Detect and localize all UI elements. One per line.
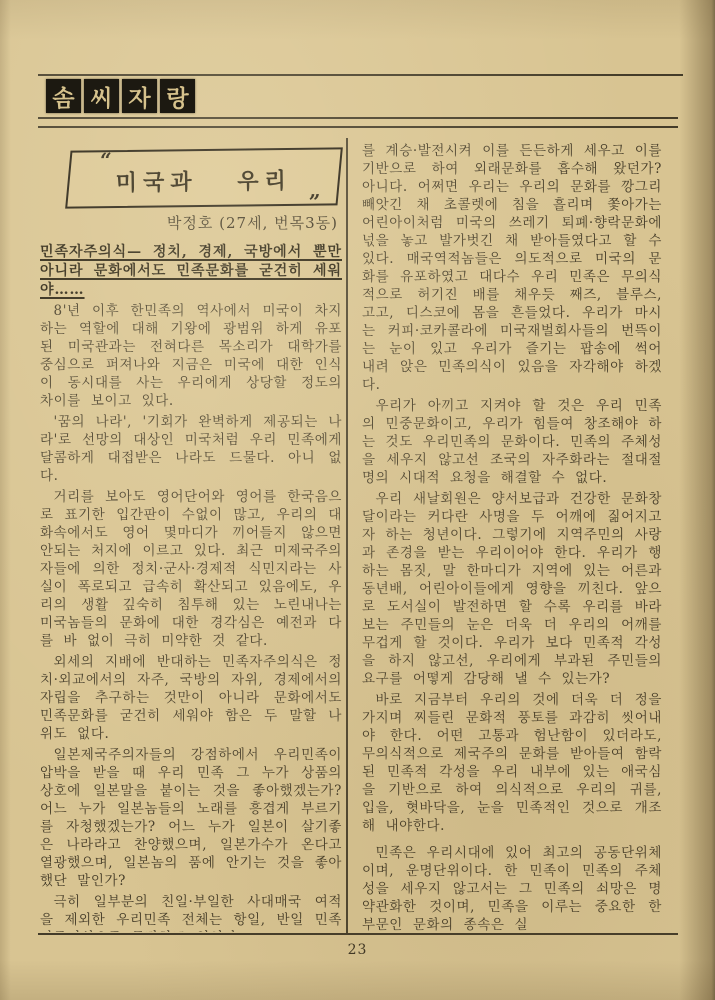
byline: 박정호 (27세, 번목3동): [40, 212, 338, 233]
close-quote-mark: ”: [307, 190, 321, 214]
paragraph: 우리가 아끼고 지켜야 할 것은 우리 민족의 민중문화이고, 우리가 힘들여 …: [362, 397, 662, 487]
paragraph: 8'년 이후 한민족의 역사에서 미국이 차지하는 역할에 대해 기왕에 광범위…: [40, 302, 342, 410]
section-label-char: 솜: [46, 79, 81, 113]
bottom-rule: [38, 933, 678, 935]
paragraph: '꿈의 나라', '기회가 완벽하게 제공되는 나라'로 선망의 대상인 미국처…: [40, 413, 342, 485]
page-number: 23: [0, 942, 715, 958]
header-rule-lower: [38, 126, 678, 128]
scanned-page: 솜 씨 자 랑 “ 미국과 우리 ” 박정호 (27세, 번목3동) 민족자주의…: [0, 0, 715, 1000]
right-column: 를 계승·발전시켜 이를 든든하게 세우고 이를 기반으로 하여 외래문화를 흡…: [362, 142, 662, 932]
article-title-box: “ 미국과 우리 ”: [65, 147, 343, 208]
paragraph: 를 계승·발전시켜 이를 든든하게 세우고 이를 기반으로 하여 외래문화를 흡…: [362, 142, 662, 394]
header-rule-upper: [38, 117, 678, 119]
paragraph: 우리 새날회원은 양서보급과 건강한 문화창달이라는 커다란 사명을 두 어깨에…: [362, 490, 662, 688]
article-title: 미국과 우리: [69, 163, 338, 197]
paragraph: 민족은 우리시대에 있어 최고의 공동단위체이며, 운명단위이다. 한 민족이 …: [362, 844, 662, 932]
paragraph: 외세의 지배에 반대하는 민족자주의식은 정치·외교에서의 자주, 국방의 자위…: [40, 653, 342, 743]
lead-paragraph: 민족자주의식— 정치, 경제, 국방에서 뿐만 아니라 문화에서도 민족문화를 …: [40, 243, 342, 300]
paragraph: 거리를 보아도 영어단어와 영어를 한국음으로 표기한 입간판이 수없이 많고,…: [40, 488, 342, 650]
paragraph: 일본제국주의자들의 강점하에서 우리민족이 압박을 받을 때 우리 민족 그 누…: [40, 746, 342, 890]
paragraph: 극히 일부분의 친일·부일한 사대매국 여적을 제외한 우리민족 전체는 항일,…: [40, 893, 342, 932]
section-label-char: 자: [122, 79, 157, 113]
paragraph: 바로 지금부터 우리의 것에 더욱 더 정을 가지며 찌들린 문화적 풍토를 과…: [362, 691, 662, 835]
top-rule: [38, 74, 683, 76]
left-column: 8'년 이후 한민족의 역사에서 미국이 차지하는 역할에 대해 기왕에 광범위…: [40, 302, 342, 932]
section-label: 솜 씨 자 랑: [46, 79, 195, 113]
column-divider: [346, 138, 348, 933]
section-label-char: 씨: [84, 79, 119, 113]
section-label-char: 랑: [160, 79, 195, 113]
